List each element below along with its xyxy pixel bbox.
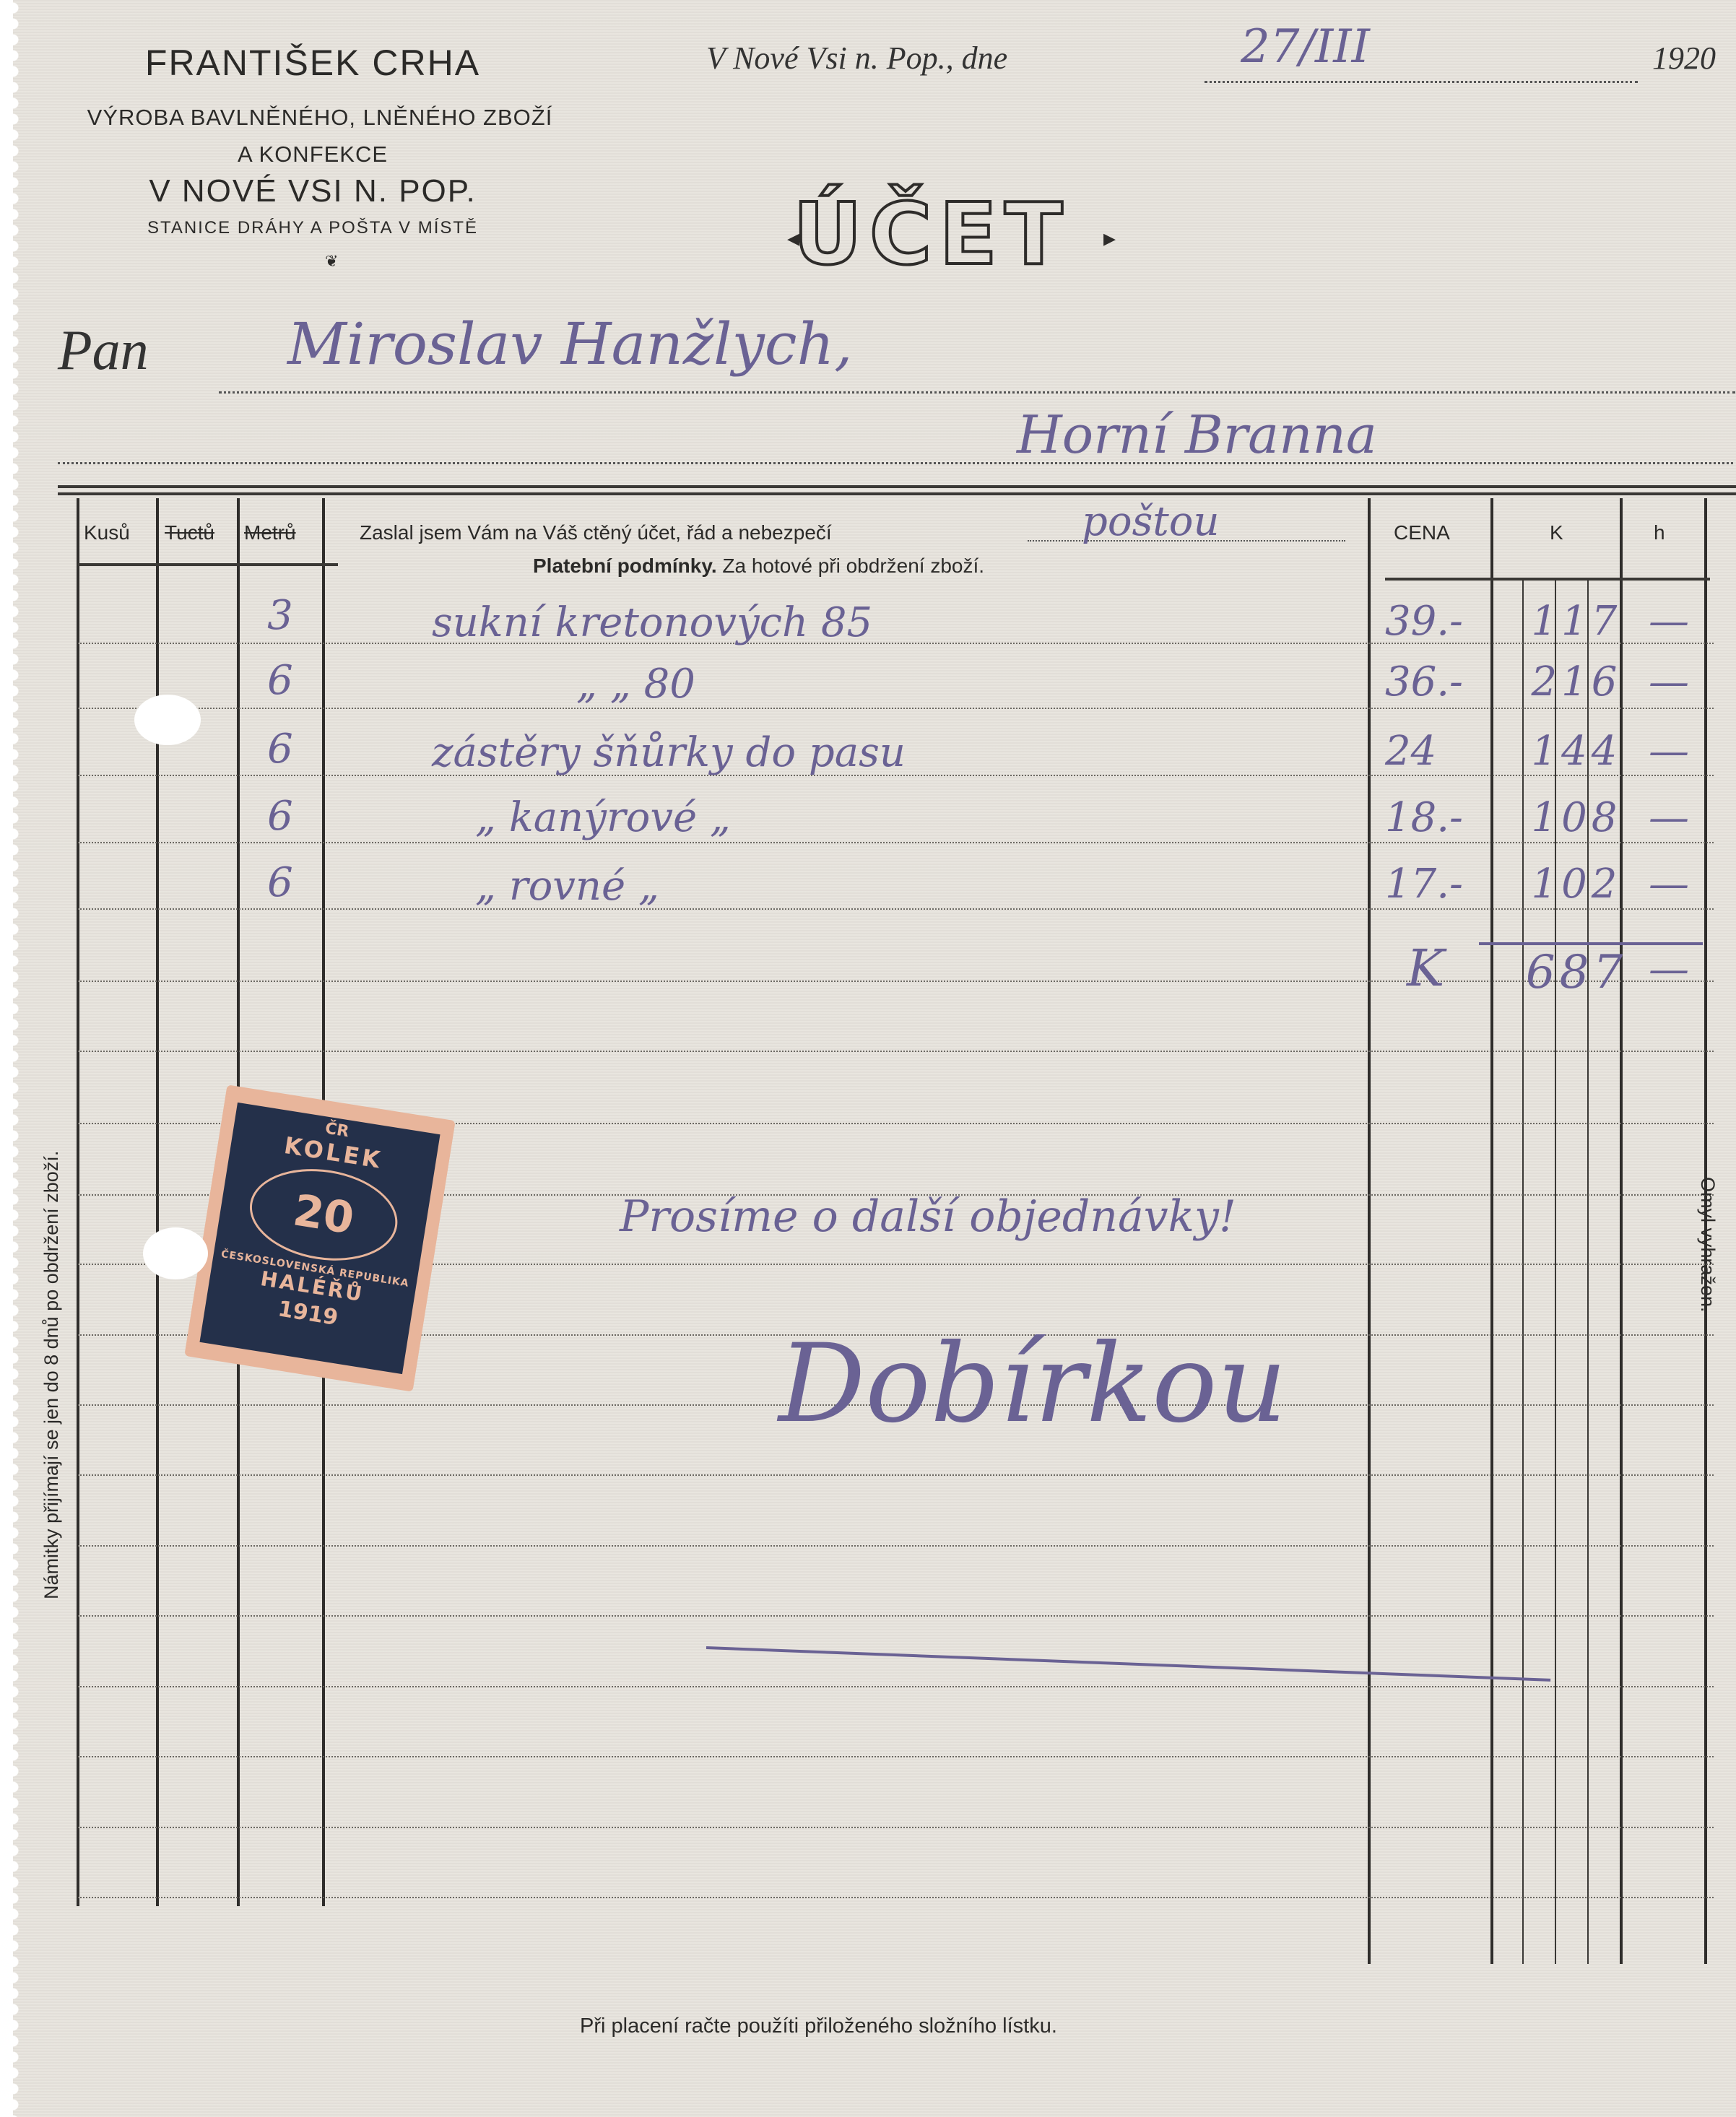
total-underline [1479, 942, 1703, 945]
revenue-stamp: ČR KOLEK 20 ČESKOSLOVENSKÁ REPUBLIKA HAL… [184, 1084, 456, 1391]
row-separator [78, 1686, 1714, 1687]
row-separator [78, 842, 1714, 843]
row-separator [78, 1474, 1714, 1476]
invoice-paper: FRANTIŠEK CRHA VÝROBA BAVLNĚNÉHO, LNĚNÉH… [13, 0, 1736, 2117]
salutation: Pan [58, 318, 149, 383]
row-k: 117 [1515, 598, 1638, 645]
date-dotted-line [1205, 81, 1638, 83]
row-k: 102 [1515, 861, 1638, 908]
header-underline-right [1385, 578, 1710, 581]
row-separator [78, 708, 1714, 709]
table-top-rule-2 [58, 492, 1736, 495]
row-description: sukní kretonových 85 [432, 599, 872, 646]
row-qty: 6 [251, 793, 309, 840]
place-date-label: V Nové Vsi n. Pop., dne [706, 40, 1007, 77]
total-k: 687 [1515, 946, 1638, 999]
row-separator [78, 1051, 1714, 1052]
company-description: VÝROBA BAVLNĚNÉHO, LNĚNÉHO ZBOŽÍ [42, 105, 598, 131]
company-name: FRANTIŠEK CRHA [92, 42, 533, 84]
total-h: — [1649, 946, 1689, 993]
column-border [77, 498, 79, 1906]
punch-hole [134, 695, 201, 745]
row-k: 216 [1515, 658, 1638, 705]
header-kusu: Kusů [84, 521, 130, 544]
row-description: „ rovné „ [475, 863, 659, 910]
column-border [1490, 498, 1493, 1964]
header-h: h [1654, 521, 1665, 544]
company-town: V NOVÉ VSI N. POP. [92, 173, 533, 209]
row-qty: 6 [251, 657, 309, 704]
total-label: K [1407, 939, 1444, 998]
year: 1920 [1652, 40, 1716, 77]
row-k: 108 [1515, 794, 1638, 841]
header-metru: Metrů [244, 521, 296, 544]
row-description: „ kanýrové „ [475, 794, 731, 841]
row-price: 17.- [1385, 861, 1463, 908]
row-h: — [1649, 861, 1689, 908]
row-separator [78, 1615, 1714, 1617]
closing-note: Prosíme o další objednávky! [620, 1191, 1236, 1242]
row-separator [78, 1897, 1714, 1898]
header-k: K [1550, 521, 1563, 544]
row-separator [78, 908, 1714, 910]
row-k: 144 [1515, 728, 1638, 775]
column-border [1620, 498, 1623, 1964]
row-qty: 3 [251, 592, 309, 639]
row-h: — [1649, 728, 1689, 775]
row-h: — [1649, 598, 1689, 645]
row-price: 39.- [1385, 598, 1463, 645]
row-separator [78, 1827, 1714, 1828]
side-note-left: Námitky přijímají se jen do 8 dnů po obd… [40, 1151, 63, 1599]
handwritten-date: 27/III [1241, 20, 1370, 74]
shipping-method: poštou [1082, 498, 1220, 545]
payment-terms-label: Platební podmínky. [533, 555, 717, 577]
signature-stroke [706, 1646, 1550, 1682]
punch-hole [143, 1227, 208, 1279]
customer-dotted-line-2 [58, 462, 1733, 464]
row-separator [78, 1545, 1714, 1547]
row-qty: 6 [251, 859, 309, 906]
row-h: — [1649, 794, 1689, 841]
row-description: „ „ 80 [576, 661, 695, 708]
footer-note: Při placení račte použíti přiloženého sl… [580, 2014, 1057, 2038]
document-title: ÚČET [793, 184, 1070, 284]
row-separator [78, 981, 1714, 982]
ornament-icon: ❦ [325, 253, 338, 271]
row-separator [78, 1756, 1714, 1757]
row-price: 18.- [1385, 794, 1463, 841]
row-price: 24 [1385, 728, 1436, 775]
column-border [1368, 498, 1371, 1964]
row-qty: 6 [251, 726, 309, 773]
header-underline-left [78, 563, 338, 566]
side-note-right: Omyl vyhražen. [1696, 1177, 1719, 1313]
header-cena: CENA [1394, 521, 1450, 544]
company-station: STANICE DRÁHY A POŠTA V MÍSTĚ [92, 218, 533, 238]
stamp-value: 20 [243, 1159, 404, 1271]
row-separator [78, 643, 1714, 644]
row-h: — [1649, 658, 1689, 705]
customer-town: Horní Branna [1017, 404, 1377, 465]
title-ornament-right-icon: ▸ [1103, 224, 1116, 253]
header-tuctu: Tuctů [165, 521, 214, 544]
sent-text: Zaslal jsem Vám na Váš ctěný účet, řád a… [360, 521, 832, 544]
payment-method-signature: Dobírkou [778, 1321, 1287, 1447]
table-top-rule [58, 485, 1736, 488]
customer-name: Miroslav Hanžlych, [287, 310, 853, 378]
customer-dotted-line-1 [219, 391, 1735, 394]
perforated-edge [13, 0, 32, 2117]
row-price: 36.- [1385, 658, 1463, 705]
payment-terms: Za hotové při obdržení zboží. [722, 555, 984, 577]
row-description: zástěry šňůrky do pasu [432, 729, 906, 776]
company-description-2: A KONFEKCE [92, 142, 533, 168]
